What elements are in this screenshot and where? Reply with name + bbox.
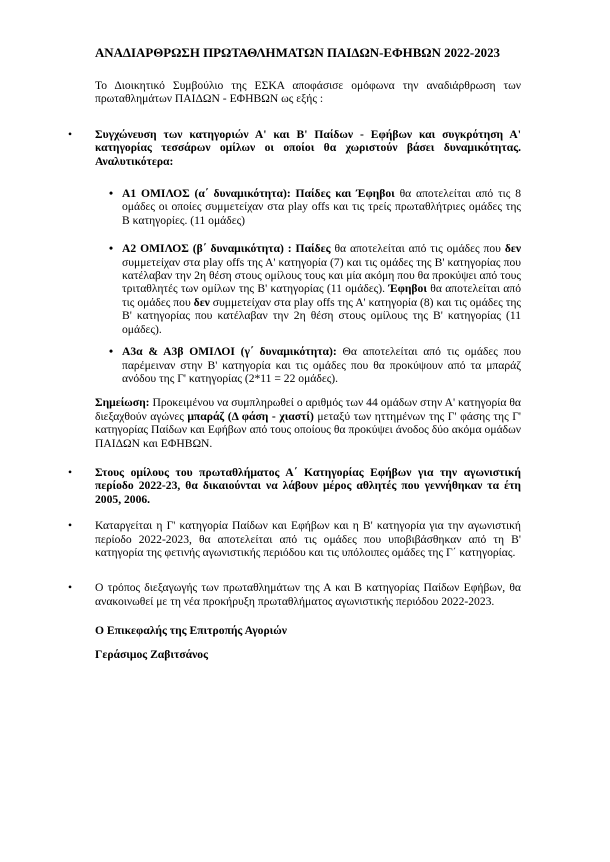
bullet-abolish-text: Καταργείται η Γ' κατηγορία Παίδων και Εφ… [95,519,521,559]
group-a2-bold2: Έφηβοι [388,282,427,295]
bullet-icon: • [68,581,72,594]
bullet-format-announcement: • Ο τρόπος διεξαγωγής των πρωταθλημάτων … [95,581,521,608]
bullet-icon: • [109,345,113,358]
group-a2-bold3: δεν [194,296,210,309]
group-a3-lead: Α3α & Α3β ΟΜΙΛΟΙ (γ΄ δυναμικότητα): [122,345,337,358]
bullet-age-text: Στους ομίλους του πρωταθλήματος Α΄ Κατηγ… [95,466,521,506]
note-bold1: μπαράζ (Δ φάση - χιαστί) [187,410,314,423]
group-a2-run1: θα αποτελείται από τις ομάδες που [331,242,505,255]
note-paragraph: Σημείωση: Προκειμένου να συμπληρωθεί ο α… [95,396,521,450]
bullet-group-a2: • Α2 ΟΜΙΛΟΣ (β΄ δυναμικότητα) : Παίδες θ… [122,242,521,336]
bullet-abolish-category: • Καταργείται η Γ' κατηγορία Παίδων και … [95,519,521,559]
bullet-icon: • [68,128,72,141]
intro-paragraph: Το Διοικητικό Συμβούλιο της ΕΣΚΑ αποφάσι… [95,79,521,106]
bullet-icon: • [68,466,72,479]
group-a1-text: Α1 ΟΜΙΛΟΣ (α΄ δυναμικότητα): Παίδες και … [122,187,521,227]
signature-name: Γεράσιμος Ζαβιτσάνος [95,648,521,661]
group-a1-lead: Α1 ΟΜΙΛΟΣ (α΄ δυναμικότητα): Παίδες και … [122,187,395,200]
group-a3-text: Α3α & Α3β ΟΜΙΛΟΙ (γ΄ δυναμικότητα): Θα α… [122,345,521,385]
note-lead: Σημείωση: [95,396,150,409]
bullet-format-text: Ο τρόπος διεξαγωγής των πρωταθλημάτων τη… [95,581,521,608]
group-a2-lead: Α2 ΟΜΙΛΟΣ (β΄ δυναμικότητα) : Παίδες [122,242,331,255]
bullet-merge-categories: • Συγχώνευση των κατηγοριών Α' και Β' Πα… [95,128,521,168]
bullet-icon: • [109,242,113,255]
group-a2-bold1: δεν [505,242,521,255]
bullet-icon: • [109,187,113,200]
document-page: ΑΝΑΔΙΑΡΘΡΩΣΗ ΠΡΩΤΑΘΛΗΜΑΤΩΝ ΠΑΙΔΩΝ-ΕΦΗΒΩΝ… [0,0,610,862]
bullet-merge-text: Συγχώνευση των κατηγοριών Α' και Β' Παίδ… [95,128,521,168]
bullet-icon: • [68,519,72,532]
group-a2-text: Α2 ΟΜΙΛΟΣ (β΄ δυναμικότητα) : Παίδες θα … [122,242,521,336]
document-title: ΑΝΑΔΙΑΡΘΡΩΣΗ ΠΡΩΤΑΘΛΗΜΑΤΩΝ ΠΑΙΔΩΝ-ΕΦΗΒΩΝ… [95,46,521,60]
document-content: ΑΝΑΔΙΑΡΘΡΩΣΗ ΠΡΩΤΑΘΛΗΜΑΤΩΝ ΠΑΙΔΩΝ-ΕΦΗΒΩΝ… [95,0,521,661]
bullet-group-a1: • Α1 ΟΜΙΛΟΣ (α΄ δυναμικότητα): Παίδες κα… [122,187,521,227]
signature-role: Ο Επικεφαλής της Επιτροπής Αγοριών [95,624,521,637]
bullet-group-a3: • Α3α & Α3β ΟΜΙΛΟΙ (γ΄ δυναμικότητα): Θα… [122,345,521,385]
bullet-age-eligibility: • Στους ομίλους του πρωταθλήματος Α΄ Κατ… [95,466,521,506]
